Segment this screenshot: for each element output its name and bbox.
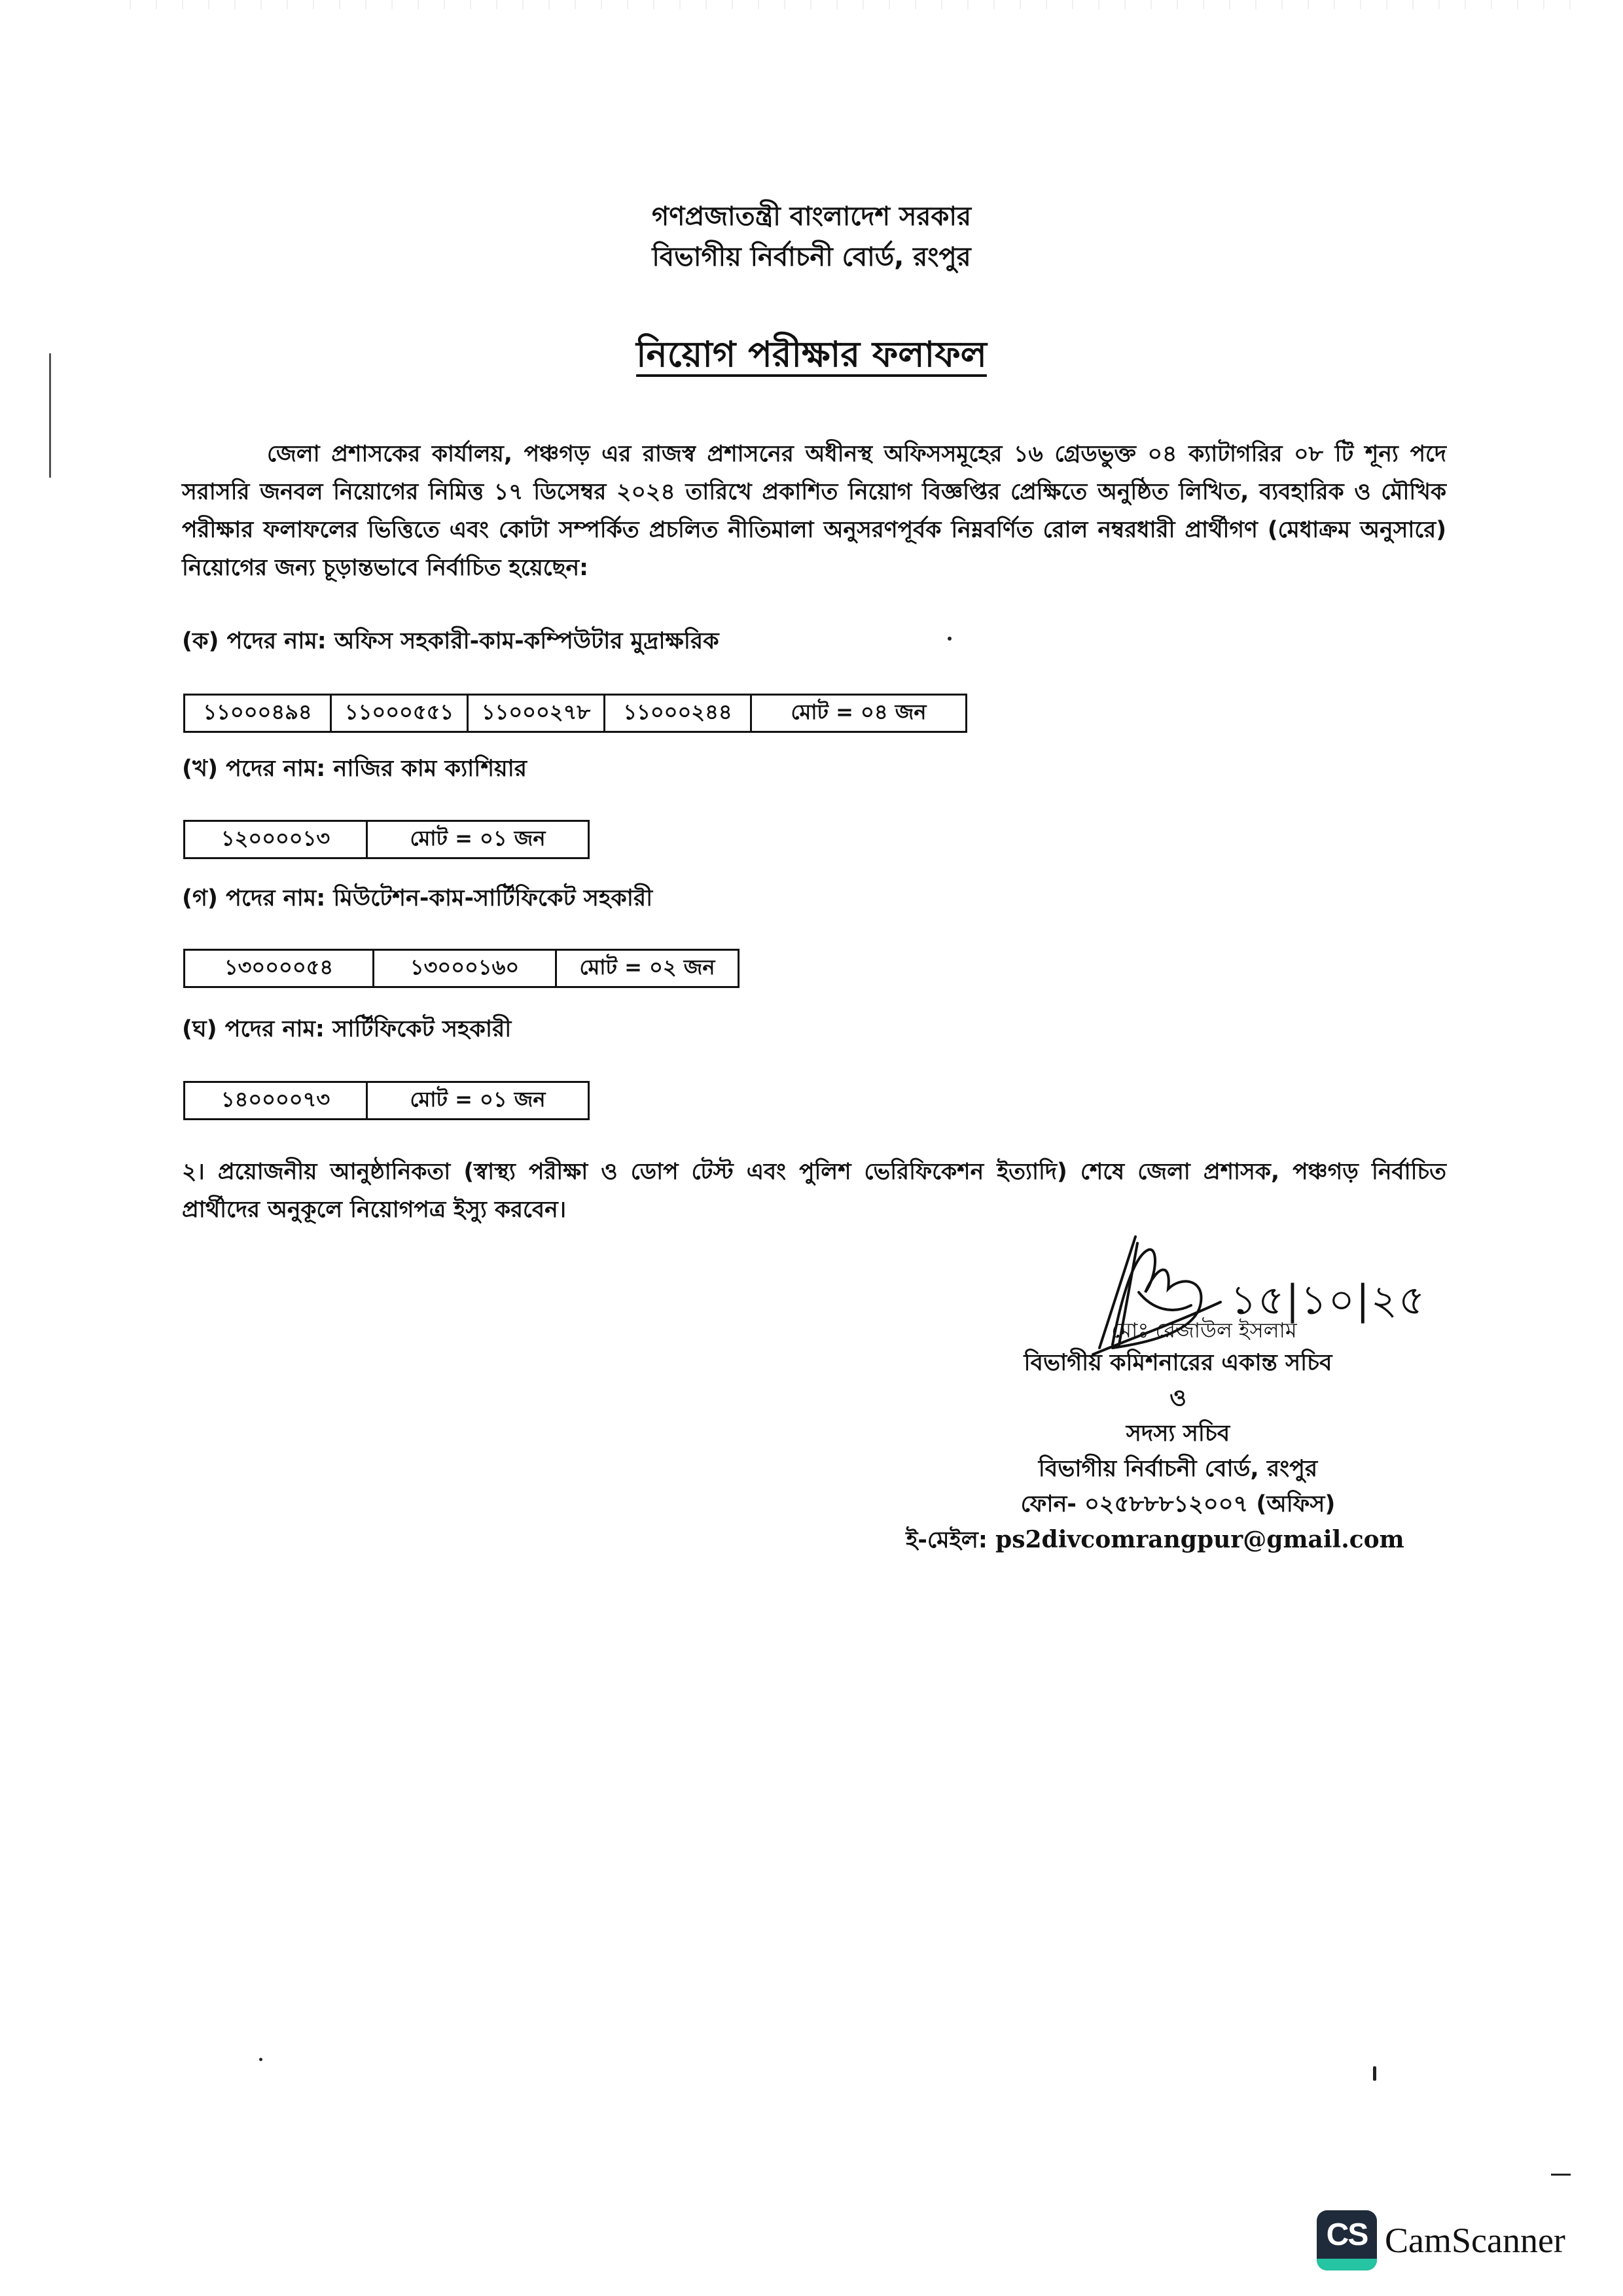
- government-name: গণপ্রজাতন্ত্রী বাংলাদেশ সরকার: [0, 196, 1623, 237]
- signatory-name: মোঃ রেজাউল ইসলাম: [955, 1315, 1453, 1345]
- email-label: ই-মেইল:: [906, 1527, 988, 1553]
- roll-number: ১২০০০০১৩: [185, 821, 367, 858]
- intro-text: জেলা প্রশাসকের কার্যালয়, পঞ্চগড় এর রাজ…: [182, 441, 1446, 581]
- table-row: ১৩০০০০৫৪ ১৩০০০১৬০ মোট = ০২ জন: [185, 950, 739, 987]
- table-row: ১১০০০৪৯৪ ১১০০০৫৫১ ১১০০০২৭৮ ১১০০০২৪৪ মোট …: [185, 695, 967, 732]
- board-name: বিভাগীয় নির্বাচনী বোর্ড, রংপুর: [0, 237, 1623, 277]
- scanned-document-page: গণপ্রজাতন্ত্রী বাংলাদেশ সরকার বিভাগীয় ন…: [0, 0, 1623, 2296]
- scan-edge-artifact: [1551, 2174, 1571, 2176]
- scan-edge-artifact: [105, 0, 1584, 9]
- email-address: ps2divcomrangpur@gmail.com: [995, 1526, 1404, 1553]
- camscanner-logo-stripe: [1317, 2259, 1377, 2270]
- post-label-gha: (ঘ) পদের নাম: সার্টিফিকেট সহকারী: [182, 1013, 511, 1046]
- signatory-phone: ফোন- ০২৫৮৮৮১২০০৭ (অফিস): [903, 1487, 1453, 1522]
- signatory-office: বিভাগীয় নির্বাচনী বোর্ড, রংপুর: [903, 1451, 1453, 1487]
- document-header: গণপ্রজাতন্ত্রী বাংলাদেশ সরকার বিভাগীয় ন…: [0, 196, 1623, 277]
- post-label-ka: (ক) পদের নাম: অফিস সহকারী-কাম-কম্পিউটার …: [182, 625, 719, 658]
- total-count: মোট = ০১ জন: [367, 1082, 589, 1120]
- signature-block: মোঃ রেজাউল ইসলাম বিভাগীয় কমিশনারের একান…: [903, 1315, 1453, 1558]
- camscanner-logo-icon: CS: [1317, 2210, 1377, 2270]
- title-text: নিয়োগ পরীক্ষার ফলাফল: [636, 334, 987, 375]
- camscanner-logo-text: CS: [1317, 2217, 1377, 2253]
- total-count: মোট = ০১ জন: [367, 821, 589, 858]
- roll-number: ১৩০০০১৬০: [374, 950, 556, 987]
- post-label-ga: (গ) পদের নাম: মিউটেশন-কাম-সার্টিফিকেট সহ…: [182, 882, 652, 915]
- total-count: মোট = ০২ জন: [556, 950, 739, 987]
- roll-table-kha: ১২০০০০১৩ মোট = ০১ জন: [183, 820, 590, 859]
- scan-speck: [259, 2058, 262, 2061]
- scan-speck: [1373, 2066, 1376, 2081]
- designation-primary: বিভাগীয় কমিশনারের একান্ত সচিব: [903, 1345, 1453, 1381]
- designation-conjunction: ও: [903, 1381, 1453, 1416]
- table-row: ১২০০০০১৩ মোট = ০১ জন: [185, 821, 589, 858]
- camscanner-watermark: CS CamScanner: [1317, 2210, 1565, 2270]
- designation-secondary: সদস্য সচিব: [903, 1416, 1453, 1451]
- signatory-email-line: ই-মেইল: ps2divcomrangpur@gmail.com: [857, 1522, 1453, 1558]
- roll-table-gha: ১৪০০০০৭৩ মোট = ০১ জন: [183, 1081, 590, 1120]
- intro-paragraph: জেলা প্রশাসকের কার্যালয়, পঞ্চগড় এর রাজ…: [182, 435, 1446, 587]
- scan-speck: [948, 637, 952, 641]
- roll-table-ga: ১৩০০০০৫৪ ১৩০০০১৬০ মোট = ০২ জন: [183, 949, 740, 988]
- roll-number: ১১০০০২৭৮: [468, 695, 605, 732]
- table-row: ১৪০০০০৭৩ মোট = ০১ জন: [185, 1082, 589, 1120]
- total-count: মোট = ০৪ জন: [751, 695, 967, 732]
- document-title: নিয়োগ পরীক্ষার ফলাফল: [0, 327, 1623, 386]
- roll-number: ১৩০০০০৫৪: [185, 950, 374, 987]
- roll-number: ১১০০০৫৫১: [331, 695, 468, 732]
- camscanner-name: CamScanner: [1385, 2220, 1565, 2261]
- roll-table-ka: ১১০০০৪৯৪ ১১০০০৫৫১ ১১০০০২৭৮ ১১০০০২৪৪ মোট …: [183, 694, 967, 733]
- roll-number: ১১০০০২৪৪: [605, 695, 751, 732]
- note-paragraph: ২। প্রয়োজনীয় আনুষ্ঠানিকতা (স্বাস্থ্য প…: [182, 1153, 1446, 1229]
- roll-number: ১৪০০০০৭৩: [185, 1082, 367, 1120]
- post-label-kha: (খ) পদের নাম: নাজির কাম ক্যাশিয়ার: [182, 752, 527, 785]
- roll-number: ১১০০০৪৯৪: [185, 695, 331, 732]
